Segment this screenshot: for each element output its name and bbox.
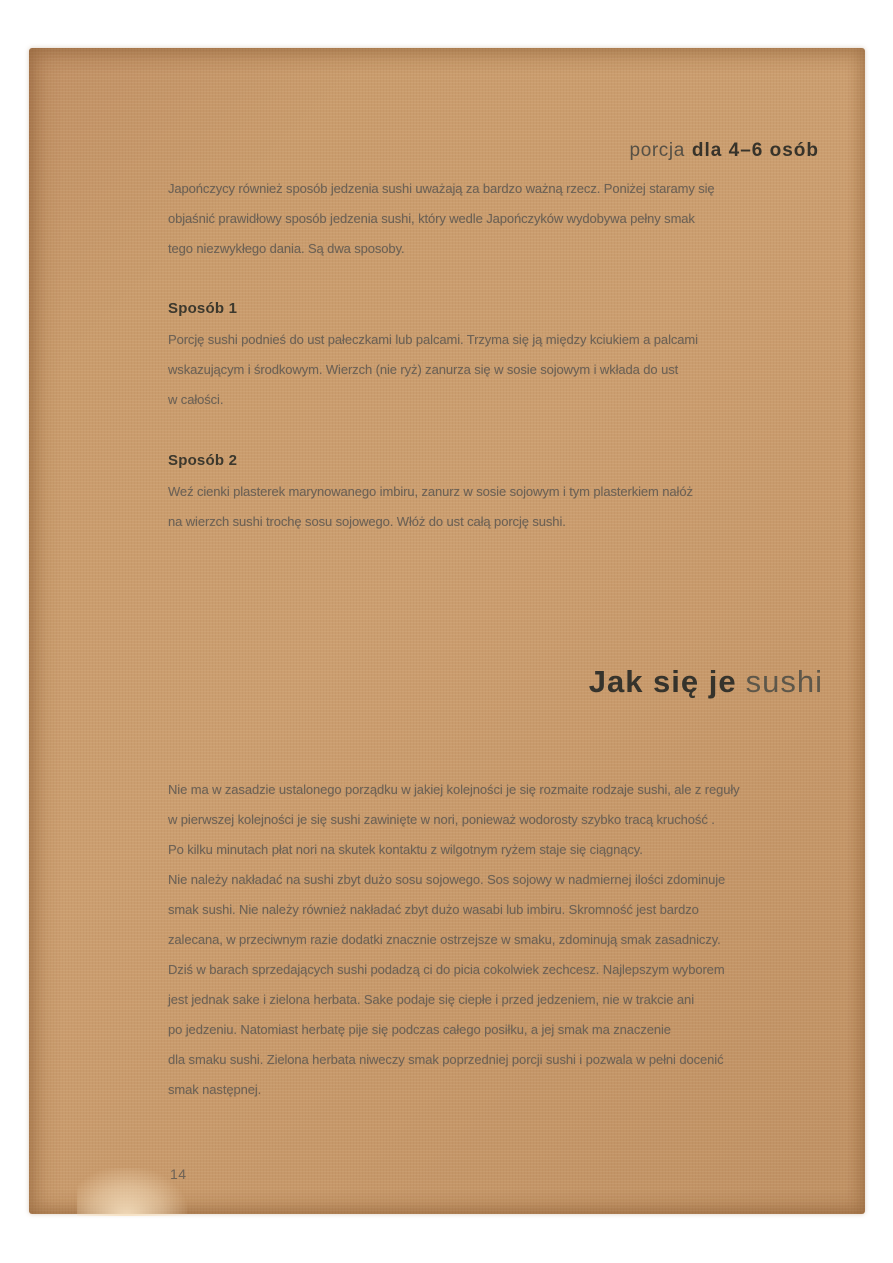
text-line: zalecana, w przeciwnym razie dodatki zna… — [168, 925, 740, 955]
intro-paragraph: Japończycy również sposób jedzenia sushi… — [168, 174, 715, 264]
chapter-title-bold: Jak się je — [589, 664, 737, 699]
text-line: wskazującym i środkowym. Wierzch (nie ry… — [168, 355, 698, 385]
text-line: w pierwszej kolejności je się sushi zawi… — [168, 805, 740, 835]
text-line: Porcję sushi podnieś do ust pałeczkami l… — [168, 325, 698, 355]
text-line: w całości. — [168, 385, 698, 415]
text-line: dla smaku sushi. Zielona herbata niweczy… — [168, 1045, 740, 1075]
book-page: porcjadla 4–6 osób Japończycy również sp… — [29, 48, 865, 1214]
method-2-text: Weź cienki plasterek marynowanego imbiru… — [168, 477, 693, 537]
main-paragraph: Nie ma w zasadzie ustalonego porządku w … — [168, 775, 740, 1105]
text-line: Weź cienki plasterek marynowanego imbiru… — [168, 477, 693, 507]
text-line: Nie należy nakładać na sushi zbyt dużo s… — [168, 865, 740, 895]
chapter-title: Jak się jesushi — [589, 664, 823, 700]
text-line: smak następnej. — [168, 1075, 740, 1105]
serving-size-label: porcjadla 4–6 osób — [630, 140, 819, 162]
text-line: Japończycy również sposób jedzenia sushi… — [168, 174, 715, 204]
serving-size-prefix: porcja — [630, 140, 685, 161]
text-line: objaśnić prawidłowy sposób jedzenia sush… — [168, 204, 715, 234]
text-line: na wierzch sushi trochę sosu sojowego. W… — [168, 507, 693, 537]
text-line: po jedzeniu. Natomiast herbatę pije się … — [168, 1015, 740, 1045]
text-line: Po kilku minutach płat nori na skutek ko… — [168, 835, 740, 865]
method-1-text: Porcję sushi podnieś do ust pałeczkami l… — [168, 325, 698, 415]
serving-size-value: dla 4–6 osób — [692, 140, 819, 161]
scanned-page: porcjadla 4–6 osób Japończycy również sp… — [0, 0, 893, 1263]
text-line: Nie ma w zasadzie ustalonego porządku w … — [168, 775, 740, 805]
chapter-title-light: sushi — [746, 664, 823, 699]
text-line: tego niezwykłego dania. Są dwa sposoby. — [168, 234, 715, 264]
method-2-heading: Sposób 2 — [168, 452, 237, 469]
text-line: Dziś w barach sprzedających sushi podadz… — [168, 955, 740, 985]
method-1-heading: Sposób 1 — [168, 300, 237, 317]
text-line: jest jednak sake i zielona herbata. Sake… — [168, 985, 740, 1015]
text-line: smak sushi. Nie należy również nakładać … — [168, 895, 740, 925]
page-number: 14 — [170, 1166, 187, 1182]
